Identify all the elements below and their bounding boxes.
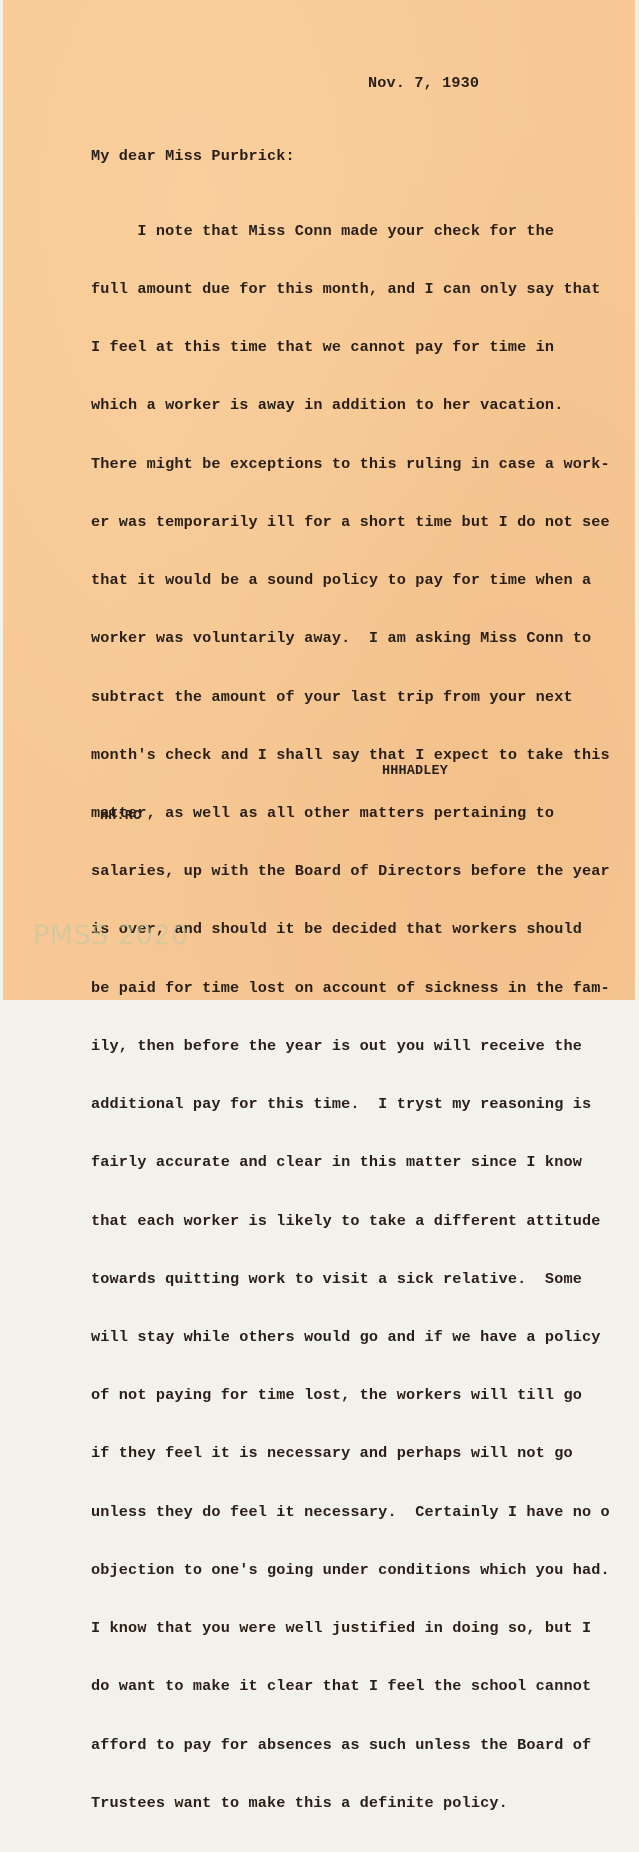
body-line: worker was voluntarily away. I am asking… (91, 629, 610, 648)
body-line: er was temporarily ill for a short time … (91, 513, 610, 532)
body-line: which a worker is away in addition to he… (91, 396, 610, 415)
body-line: that it would be a sound policy to pay f… (91, 571, 610, 590)
watermark: PMSS 2020 (33, 920, 189, 951)
body-line: I note that Miss Conn made your check fo… (91, 222, 610, 241)
signature: HHHADLEY (382, 764, 448, 779)
body-line: month's check and I shall say that I exp… (91, 746, 610, 765)
body-line: I feel at this time that we cannot pay f… (91, 338, 610, 357)
letter-page: Nov. 7, 1930 My dear Miss Purbrick: I no… (3, 0, 635, 1000)
body-line: There might be exceptions to this ruling… (91, 455, 610, 474)
body-line: be paid for time lost on account of sick… (91, 979, 610, 998)
reference-initials: HH:RC (100, 809, 141, 824)
body-line: matter, as well as all other matters per… (91, 804, 610, 823)
salutation: My dear Miss Purbrick: (91, 147, 295, 165)
body-line: subtract the amount of your last trip fr… (91, 688, 610, 707)
letter-body: I note that Miss Conn made your check fo… (91, 183, 610, 1000)
letter-date: Nov. 7, 1930 (368, 74, 479, 92)
body-line: full amount due for this month, and I ca… (91, 280, 610, 299)
body-line: salaries, up with the Board of Directors… (91, 862, 610, 881)
